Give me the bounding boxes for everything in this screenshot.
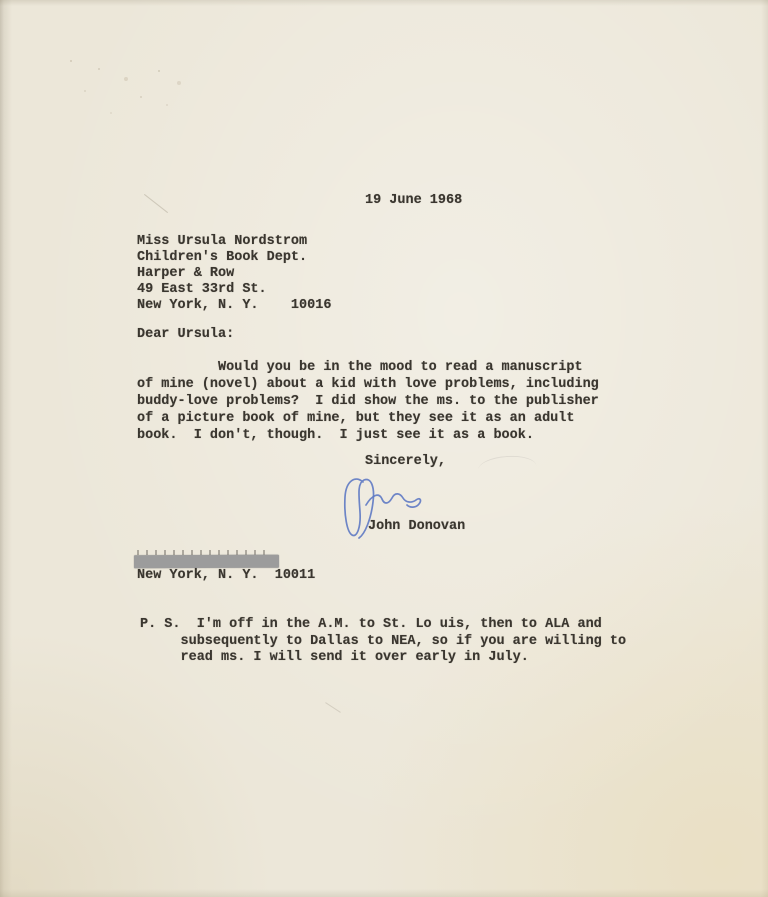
redaction-bar	[134, 555, 279, 569]
salutation: Dear Ursula:	[137, 327, 234, 343]
sender-city-line: New York, N. Y. 10011	[137, 568, 315, 584]
body-line: book. I don't, though. I just see it as …	[137, 428, 599, 445]
recipient-name: Miss Ursula Nordstrom	[137, 234, 331, 250]
recipient-company: Harper & Row	[137, 266, 331, 282]
ps-line: subsequently to Dallas to NEA, so if you…	[140, 634, 626, 651]
letter-date: 19 June 1968	[365, 193, 462, 209]
ps-line: P. S. I'm off in the A.M. to St. Lo uis,…	[140, 617, 626, 634]
crease-mark-bottom	[325, 702, 341, 713]
signer-name: John Donovan	[368, 519, 465, 535]
crease-mark-top-left	[144, 194, 168, 213]
closing-salutation: Sincerely,	[365, 454, 446, 470]
recipient-city-zip: New York, N. Y. 10016	[137, 298, 331, 314]
body-line: Would you be in the mood to read a manus…	[137, 360, 599, 377]
letter-scan-page: 19 June 1968 Miss Ursula Nordstrom Child…	[0, 0, 768, 897]
recipient-address-block: Miss Ursula Nordstrom Children's Book De…	[137, 234, 331, 314]
letter-body-paragraph: Would you be in the mood to read a manus…	[137, 360, 599, 445]
paper-speckles	[70, 60, 72, 62]
body-line: of a picture book of mine, but they see …	[137, 411, 599, 428]
body-line: buddy-love problems? I did show the ms. …	[137, 394, 599, 411]
ps-line: read ms. I will send it over early in Ju…	[140, 650, 626, 667]
faint-paper-smudge	[478, 454, 537, 471]
body-line: of mine (novel) about a kid with love pr…	[137, 377, 599, 394]
recipient-street: 49 East 33rd St.	[137, 282, 331, 298]
recipient-dept: Children's Book Dept.	[137, 250, 331, 266]
postscript-block: P. S. I'm off in the A.M. to St. Lo uis,…	[140, 617, 626, 667]
